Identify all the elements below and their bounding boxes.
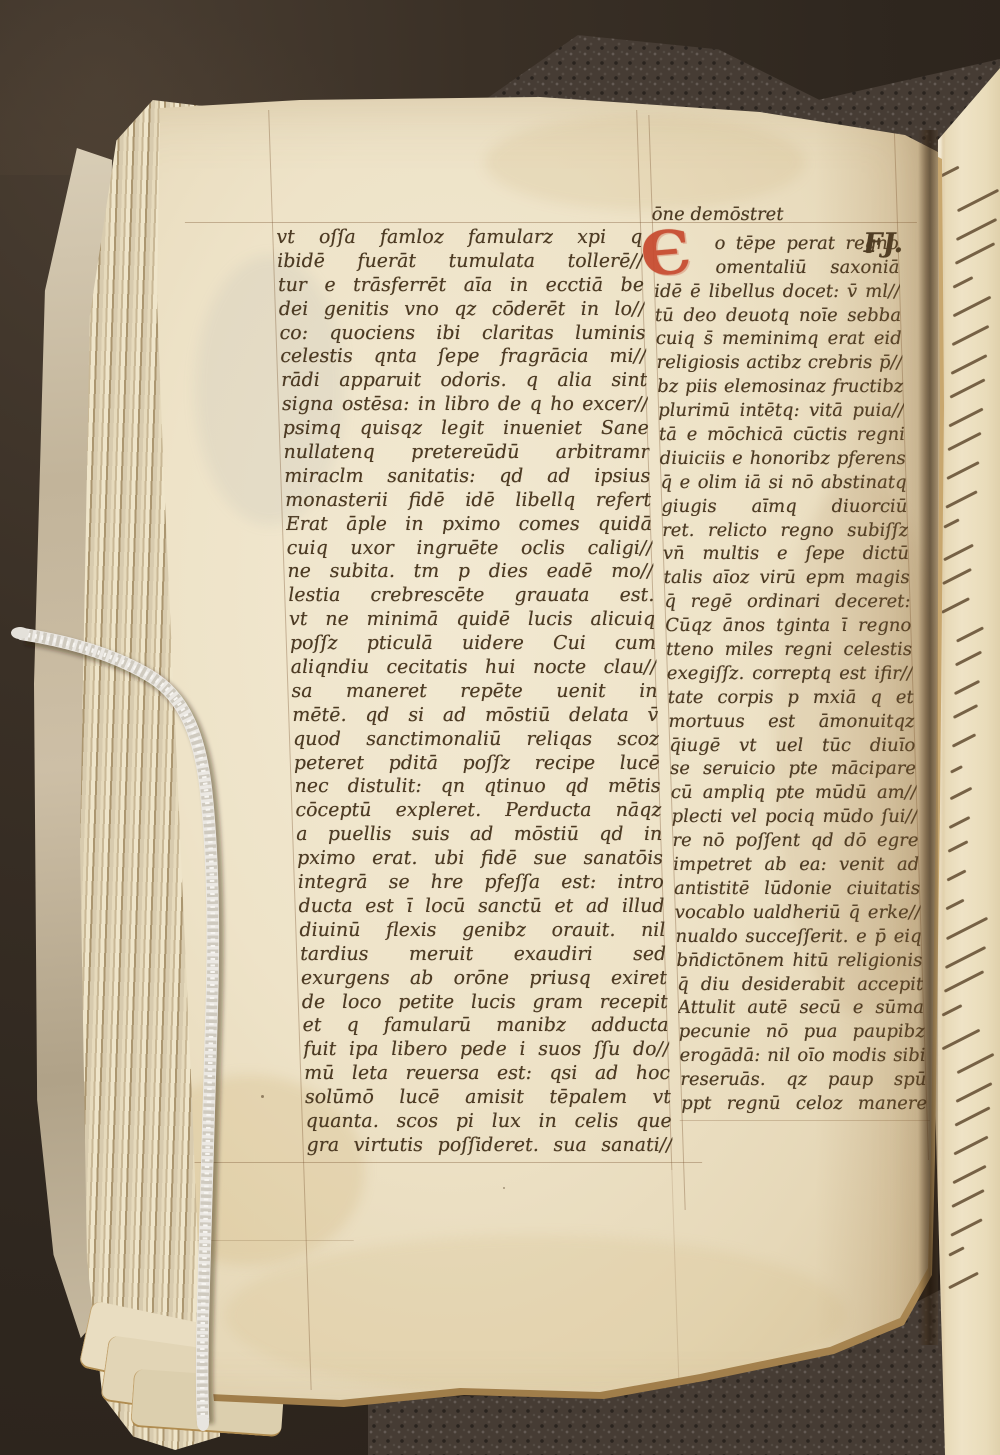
manuscript-line: cuiq uxor ingruēte oclis caligi// bbox=[286, 537, 653, 561]
manuscript-line: a puellis suis ad mōstiū qd in bbox=[296, 823, 663, 847]
facing-page-text-stroke bbox=[941, 597, 970, 614]
manuscript-line: et q famularū manibz adducta bbox=[302, 1014, 669, 1038]
manuscript-line: integrā se hre pfeſſa est: intro bbox=[297, 871, 664, 895]
facing-page-text-stroke bbox=[955, 1082, 992, 1103]
manuscript-line: mū leta reuersa est: qsi ad hoc bbox=[304, 1062, 671, 1086]
facing-page-text-stroke bbox=[955, 651, 982, 667]
manuscript-line: psimq quisqz legit inueniet Sane bbox=[282, 417, 649, 441]
facing-page-text-stroke bbox=[949, 378, 985, 398]
manuscript-line: rādi apparuit odoris. q alia sint bbox=[281, 369, 648, 393]
manuscript-line: gra virtutis poſſideret. sua sanati// bbox=[306, 1134, 673, 1158]
manuscript-line: miraclm sanitatis: qd ad ipsius bbox=[284, 465, 651, 489]
facing-page-text-stroke bbox=[954, 1106, 990, 1126]
gutter-shadow bbox=[918, 130, 938, 1345]
manuscript-line: monasterii fidē idē libellq refert bbox=[285, 489, 652, 513]
manuscript-line: tur e trāsferrēt aīa in ecctiā be bbox=[278, 274, 645, 298]
facing-page-text-stroke bbox=[957, 189, 999, 213]
facing-page-text-stroke bbox=[943, 518, 960, 528]
facing-page-text-stroke bbox=[946, 917, 988, 941]
text-column-a: vt oſſa famloz famularz xpi qibidē fuerā… bbox=[276, 226, 673, 1158]
manuscript-line: vt oſſa famloz famularz xpi q bbox=[276, 226, 643, 250]
facing-page-text-stroke bbox=[952, 1165, 986, 1184]
manuscript-page: vt oſſa famloz famularz xpi qibidē fuerā… bbox=[85, 95, 945, 1425]
facing-page-text-stroke bbox=[952, 325, 990, 346]
facing-page-text-stroke bbox=[954, 680, 980, 695]
facing-page-text-stroke bbox=[950, 354, 987, 375]
facing-page-text-stroke bbox=[948, 1246, 965, 1256]
manuscript-line: signa ostēsa: in libro de q ho excer// bbox=[282, 393, 649, 417]
manuscript-photo: vt oſſa famloz famularz xpi qibidē fuerā… bbox=[0, 0, 1000, 1455]
facing-page-text-stroke bbox=[953, 704, 978, 719]
manuscript-line: quanta. scos pi lux in celis que bbox=[305, 1110, 672, 1134]
facing-page-text-stroke bbox=[956, 626, 984, 642]
facing-page-text-stroke bbox=[945, 899, 964, 911]
facing-page-text-stroke bbox=[952, 276, 973, 288]
facing-page-text-stroke bbox=[948, 840, 969, 853]
manuscript-line: Erat āple in pximo comes quidā bbox=[286, 513, 653, 537]
facing-page-text-stroke bbox=[946, 461, 979, 480]
manuscript-line: fuit ipa libero pede i suos ſſu do// bbox=[303, 1038, 670, 1062]
facing-page-text-stroke bbox=[947, 432, 981, 451]
manuscript-line: co: quociens ibi claritas luminis bbox=[279, 322, 646, 346]
manuscript-line: cōceptū expleret. Perducta nāqz bbox=[295, 799, 662, 823]
facing-page-text-stroke bbox=[942, 568, 972, 585]
facing-page-text-stroke bbox=[949, 816, 971, 829]
ruling-line bbox=[146, 1162, 702, 1163]
facing-page-text-stroke bbox=[955, 242, 996, 265]
manuscript-line: peteret pditā poſſz recipe lucē bbox=[293, 752, 660, 776]
facing-page-text-stroke bbox=[950, 1218, 983, 1237]
facing-page-text-stroke bbox=[952, 733, 977, 747]
manuscript-line: dei genitis vno qz cōderēt in lo// bbox=[278, 298, 645, 322]
manuscript-line: diuinū flexis genibz orauit. nil bbox=[299, 919, 666, 943]
manuscript-line: celestis qnta ſepe fragrācia mi// bbox=[280, 345, 647, 369]
facing-page-text-stroke bbox=[941, 1004, 962, 1016]
manuscript-line: vt ne minimā quidē lucis alicuiq bbox=[289, 608, 656, 632]
manuscript-line: pximo erat. ubi fidē sue sanatōis bbox=[297, 847, 664, 871]
manuscript-line: solūmō lucē amisit tēpalem vt bbox=[305, 1086, 672, 1110]
facing-page-text-stroke bbox=[948, 1272, 979, 1290]
facing-page-text-stroke bbox=[945, 490, 978, 509]
manuscript-line: tardius meruit exaudiri sed bbox=[300, 943, 667, 967]
manuscript-line: mētē. qd si ad mōstiū delata v̄ bbox=[292, 704, 659, 728]
manuscript-line: aliqndiu cecitatis hui nocte clau// bbox=[290, 656, 657, 680]
ruling-line bbox=[671, 1170, 679, 1385]
facing-page-text-stroke bbox=[944, 970, 985, 993]
facing-page-text-stroke bbox=[953, 1136, 988, 1156]
facing-page-text-stroke bbox=[957, 1053, 995, 1074]
manuscript-line: de loco petite lucis gram recepit bbox=[301, 991, 668, 1015]
manuscript-line: ducta est ī locū sanctū et ad illud bbox=[298, 895, 665, 919]
manuscript-line: nec distulit: qn qtinuo qd mētis bbox=[294, 775, 661, 799]
manuscript-line: quod sanctimonaliū reliqas scoz bbox=[293, 728, 660, 752]
facing-page-text-stroke bbox=[953, 296, 992, 318]
facing-page-text-stroke bbox=[950, 765, 962, 773]
facing-page-text-stroke bbox=[942, 1029, 981, 1051]
manuscript-line: ne subita. tm p dies eadē mo// bbox=[287, 560, 654, 584]
manuscript-line: sa maneret repēte uenit in bbox=[291, 680, 658, 704]
rubric-initial: Є bbox=[638, 224, 695, 284]
manuscript-line: ibidē fuerāt tumulata tollerē// bbox=[277, 250, 644, 274]
facing-page-text-stroke bbox=[946, 869, 966, 881]
facing-page-text-stroke bbox=[950, 787, 973, 801]
facing-page-text-stroke bbox=[945, 946, 986, 969]
manuscript-line: nullatenq pretereūdū arbitramr bbox=[283, 441, 650, 465]
manuscript-line: lestia crebrescēte grauata est. bbox=[288, 584, 655, 608]
facing-page-text-stroke bbox=[948, 408, 983, 428]
facing-page-text-stroke bbox=[951, 1189, 984, 1208]
manuscript-line: poſſz pticulā uidere Cui cum bbox=[290, 632, 657, 656]
manuscript-line: exurgens ab orōne priusq exiret bbox=[301, 967, 668, 991]
facing-page-text-stroke bbox=[943, 544, 974, 562]
facing-page-text-stroke bbox=[956, 218, 997, 241]
facing-page-text-stroke bbox=[940, 166, 959, 178]
